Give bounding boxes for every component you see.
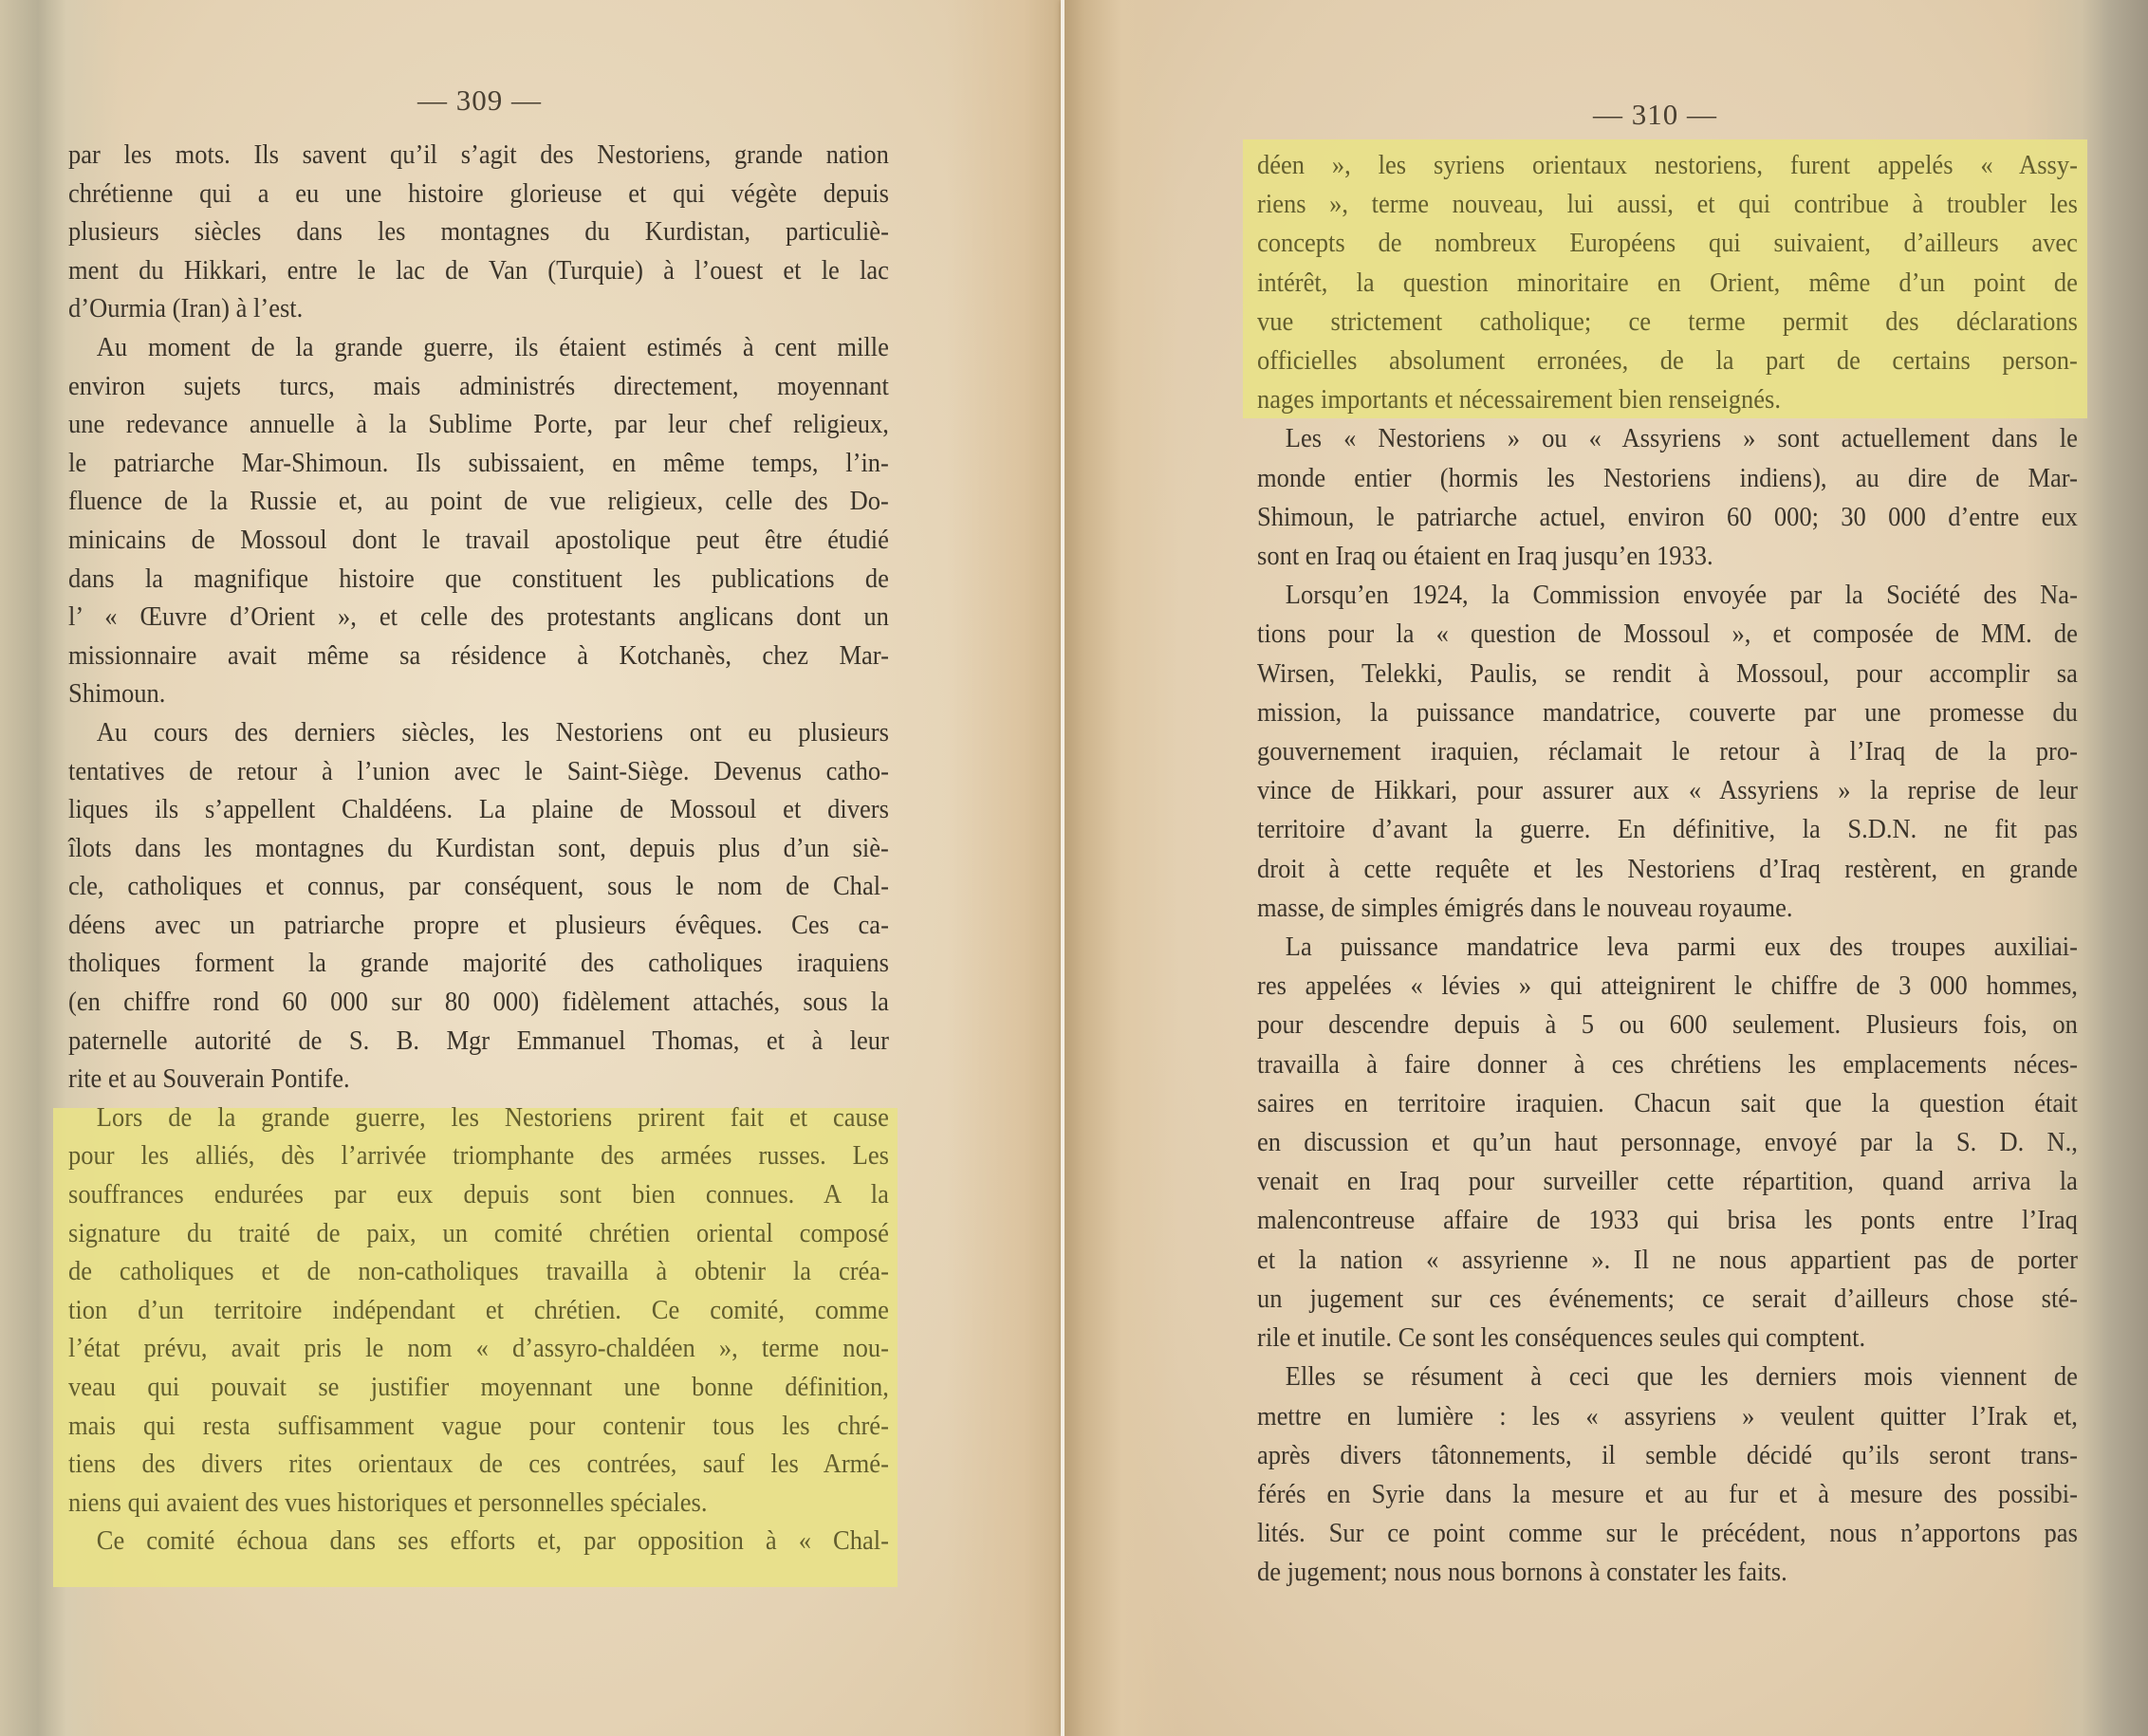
highlighted-line: pour les alliés, dès l’arrivée triomphan… [68, 1137, 889, 1176]
highlighted-line: mais qui resta suffisamment vague pour c… [68, 1408, 889, 1447]
text-line: chrétienne qui a eu une histoire glorieu… [68, 175, 889, 214]
text-line: droit à cette requête et les Nestoriens … [1257, 850, 2078, 889]
text-line: l’ « Œuvre d’Orient », et celle des prot… [68, 599, 889, 637]
text-line: minicains de Mossoul dont le travail apo… [68, 522, 889, 561]
text-line: environ sujets turcs, mais administrés d… [68, 368, 889, 407]
text-line: ment du Hikkari, entre le lac de Van (Tu… [68, 252, 889, 291]
text-line: gouvernement iraquien, réclamait le reto… [1257, 732, 2078, 771]
highlighted-line: de catholiques et de non-catholiques tra… [68, 1253, 889, 1292]
text-line: res appelées « lévies » qui atteignirent… [1257, 967, 2078, 1006]
highlighted-line: Ce comité échoua dans ses efforts et, pa… [68, 1523, 889, 1561]
highlighted-line: tion d’un territoire indépendant et chré… [68, 1292, 889, 1331]
right-page-body: déen », les syriens orientaux nestoriens… [1257, 146, 2078, 1593]
text-line: vince de Hikkari, pour assurer aux « Ass… [1257, 771, 2078, 810]
paragraph-start: Elles se résument à ceci que les dernier… [1257, 1357, 2078, 1396]
text-line: saires en territoire iraquien. Chacun sa… [1257, 1084, 2078, 1123]
text-line: missionnaire avait même sa résidence à K… [68, 637, 889, 676]
text-line: tions pour la « question de Mossoul », e… [1257, 615, 2078, 654]
page-number-310: — 310 — [1593, 98, 1717, 132]
highlighted-line: veau qui pouvait se justifier moyennant … [68, 1369, 889, 1408]
text-line: liques ils s’appellent Chaldéens. La pla… [68, 791, 889, 830]
highlighted-line: niens qui avaient des vues historiques e… [68, 1485, 889, 1524]
text-line: masse, de simples émigrés dans le nouvea… [1257, 889, 2078, 928]
highlighted-line: Lors de la grande guerre, les Nestoriens… [68, 1099, 889, 1138]
text-line: fluence de la Russie et, au point de vue… [68, 483, 889, 522]
text-line: d’Ourmia (Iran) à l’est. [68, 290, 889, 329]
text-line: en discussion et qu’un haut personnage, … [1257, 1123, 2078, 1162]
paragraph-start: Lorsqu’en 1924, la Commission envoyée pa… [1257, 576, 2078, 615]
paragraph-start: Les « Nestoriens » ou « Assyriens » sont… [1257, 419, 2078, 458]
highlighted-passage-left: Lors de la grande guerre, les Nestoriens… [68, 1099, 889, 1561]
paragraph-start: Au moment de la grande guerre, ils étaie… [68, 329, 889, 368]
text-line: déens avec un patriarche propre et plusi… [68, 907, 889, 946]
highlighted-line: nages importants et nécessairement bien … [1257, 380, 2078, 419]
highlighted-line: souffrances endurées par eux depuis sont… [68, 1176, 889, 1215]
text-line: dans la magnifique histoire que constitu… [68, 561, 889, 600]
highlighted-line: concepts de nombreux Européens qui suiva… [1257, 224, 2078, 263]
text-line: îlots dans les montagnes du Kurdistan so… [68, 830, 889, 869]
highlighted-line: déen », les syriens orientaux nestoriens… [1257, 146, 2078, 185]
left-page-body: par les mots. Ils savent qu’il s’agit de… [68, 137, 889, 1561]
text-line: monde entier (hormis les Nestoriens indi… [1257, 459, 2078, 498]
highlighted-line: riens », terme nouveau, lui aussi, et qu… [1257, 185, 2078, 224]
text-line: sont en Iraq ou étaient en Iraq jusqu’en… [1257, 537, 2078, 576]
highlighted-passage-right: déen », les syriens orientaux nestoriens… [1257, 146, 2078, 419]
paragraph-start: Au cours des derniers siècles, les Nesto… [68, 714, 889, 753]
text-line: territoire d’avant la guerre. En définit… [1257, 810, 2078, 849]
highlighted-line: officielles absolument erronées, de la p… [1257, 342, 2078, 380]
left-page: — 309 — par les mots. Ils savent qu’il s… [0, 0, 1061, 1736]
text-line: tentatives de retour à l’union avec le S… [68, 753, 889, 792]
highlighted-line: intérêt, la question minoritaire en Orie… [1257, 264, 2078, 303]
text-line: mettre en lumière : les « assyriens » ve… [1257, 1397, 2078, 1436]
paragraph-start: La puissance mandatrice leva parmi eux d… [1257, 928, 2078, 967]
highlighted-line: vue strictement catholique; ce terme per… [1257, 303, 2078, 342]
text-line: rile et inutile. Ce sont les conséquence… [1257, 1319, 2078, 1357]
highlighted-line: signature du traité de paix, un comité c… [68, 1215, 889, 1254]
highlighted-line: tiens des divers rites orientaux de ces … [68, 1446, 889, 1485]
text-line: Wirsen, Telekki, Paulis, se rendit à Mos… [1257, 655, 2078, 693]
text-line: après divers tâtonnements, il semble déc… [1257, 1436, 2078, 1475]
text-line: une redevance annuelle à la Sublime Port… [68, 406, 889, 445]
text-line: lités. Sur ce point comme sur le précéde… [1257, 1514, 2078, 1553]
highlighted-line: l’état prévu, avait pris le nom « d’assy… [68, 1330, 889, 1369]
text-line: mission, la puissance mandatrice, couver… [1257, 693, 2078, 732]
text-line: rite et au Souverain Pontife. [68, 1061, 889, 1099]
text-line: de jugement; nous nous bornons à constat… [1257, 1553, 2078, 1592]
page-number-309: — 309 — [417, 83, 542, 118]
text-line: cle, catholiques et connus, par conséque… [68, 868, 889, 907]
text-line: pour descendre depuis à 5 ou 600 seuleme… [1257, 1006, 2078, 1044]
text-line: tholiques forment la grande majorité des… [68, 945, 889, 984]
text-line: férés en Syrie dans la mesure et au fur … [1257, 1475, 2078, 1514]
text-line: un jugement sur ces événements; ce serai… [1257, 1280, 2078, 1319]
text-line: venait en Iraq pour surveiller cette rép… [1257, 1162, 2078, 1201]
text-line: Shimoun, le patriarche actuel, environ 6… [1257, 498, 2078, 537]
text-line: (en chiffre rond 60 000 sur 80 000) fidè… [68, 984, 889, 1023]
text-line: malencontreuse affaire de 1933 qui brisa… [1257, 1201, 2078, 1240]
text-line: Shimoun. [68, 675, 889, 714]
text-line: et la nation « assyrienne ». Il ne nous … [1257, 1241, 2078, 1280]
text-line: paternelle autorité de S. B. Mgr Emmanue… [68, 1023, 889, 1062]
text-line: plusieurs siècles dans les montagnes du … [68, 213, 889, 252]
text-line: le patriarche Mar-Shimoun. Ils subissaie… [68, 445, 889, 484]
text-line: travailla à faire donner à ces chrétiens… [1257, 1045, 2078, 1084]
right-page: — 310 — déen », les syriens orientaux ne… [1065, 0, 2148, 1736]
text-line: par les mots. Ils savent qu’il s’agit de… [68, 137, 889, 175]
